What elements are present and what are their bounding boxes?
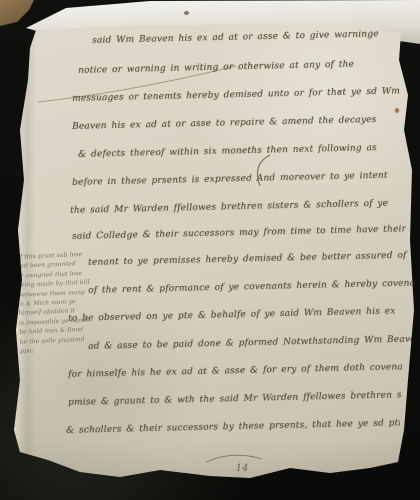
page-number-flourish <box>206 455 262 462</box>
page-number: 14 <box>222 463 262 474</box>
torn-paper-fragment <box>0 0 36 28</box>
ink-stain <box>184 11 189 15</box>
rust-spot <box>395 108 399 113</box>
manuscript-photo: said Wm Beaven his ex ad at or asse & to… <box>0 0 420 500</box>
manuscript-page: said Wm Beaven his ex ad at or asse & to… <box>0 0 420 500</box>
ink-stain <box>338 90 341 93</box>
margin-note: Yf this prsnt sub lese had been graunted… <box>16 249 102 356</box>
